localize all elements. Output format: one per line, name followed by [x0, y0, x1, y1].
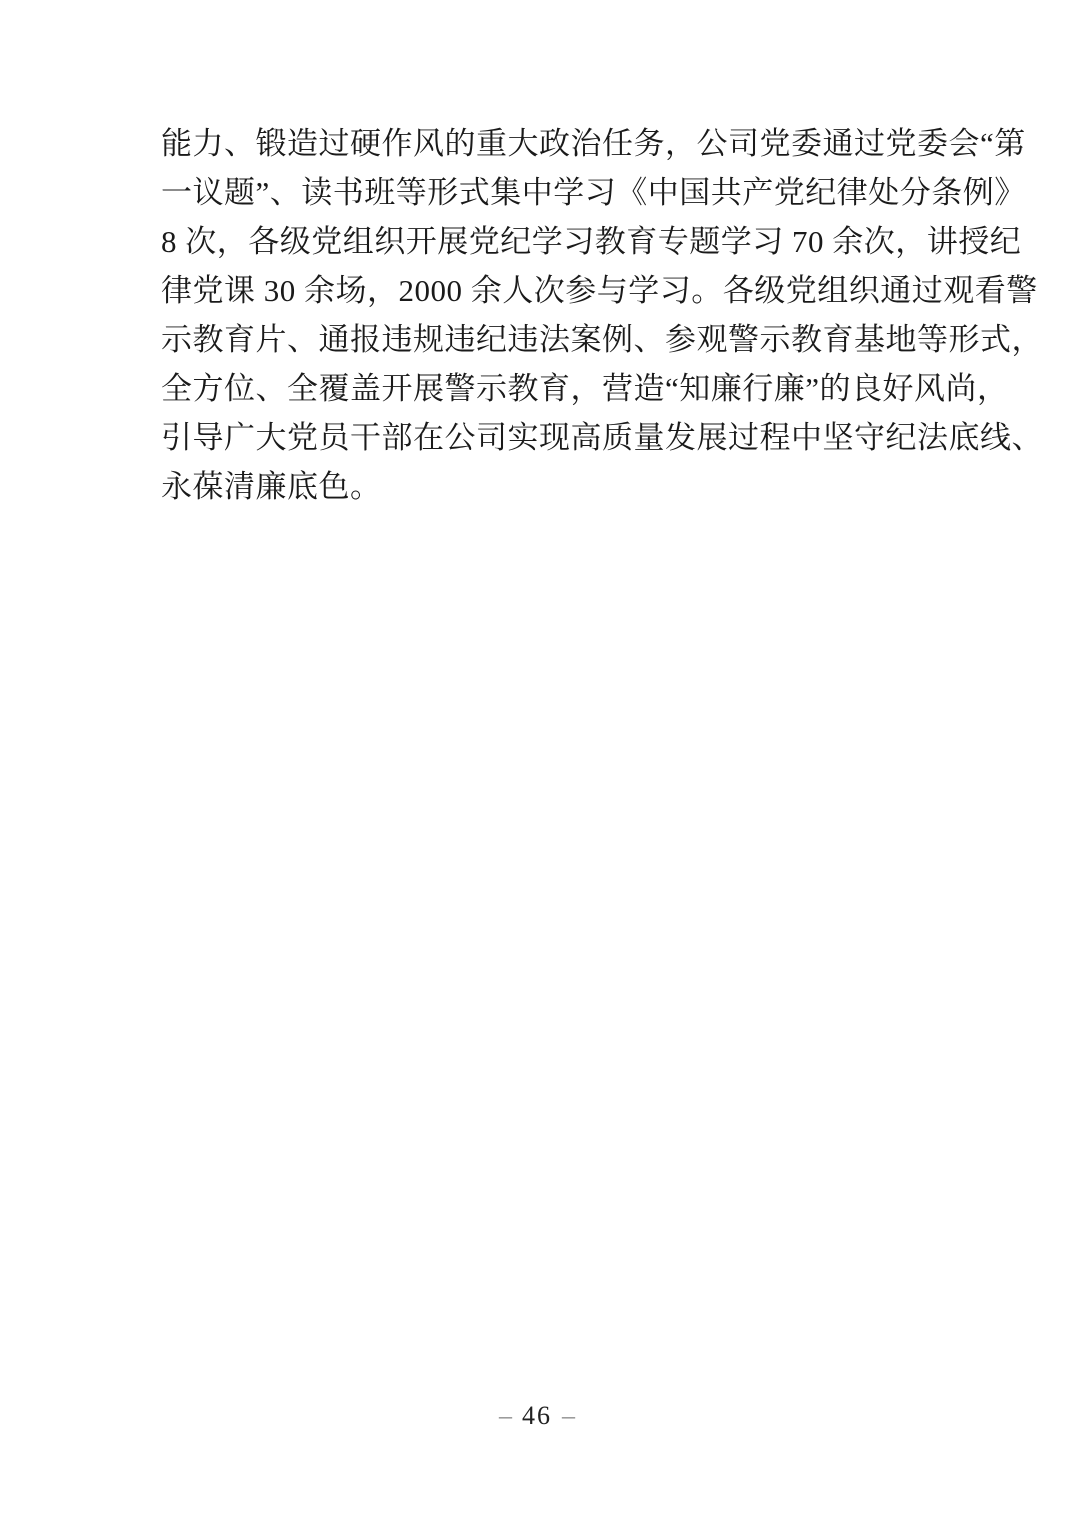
page-footer: –46–: [0, 1401, 1074, 1431]
paragraph-line: 永葆清廉底色。: [161, 462, 913, 511]
paragraph-line: 一议题”、读书班等形式集中学习《中国共产党纪律处分条例》: [161, 168, 913, 217]
paragraph-line: 示教育片、通报违规违纪违法案例、参观警示教育基地等形式，: [161, 315, 913, 364]
document-page: 能力、锻造过硬作风的重大政治任务，公司党委通过党委会“第 一议题”、读书班等形式…: [0, 0, 1074, 1520]
footer-dash-right: –: [552, 1401, 585, 1430]
paragraph-line: 引导广大党员干部在公司实现高质量发展过程中坚守纪法底线、: [161, 413, 913, 462]
page-number: 46: [522, 1401, 552, 1430]
paragraph-line: 8 次，各级党组织开展党纪学习教育专题学习 70 余次，讲授纪: [161, 217, 913, 266]
body-paragraph: 能力、锻造过硬作风的重大政治任务，公司党委通过党委会“第 一议题”、读书班等形式…: [161, 119, 913, 511]
paragraph-line: 能力、锻造过硬作风的重大政治任务，公司党委通过党委会“第: [161, 119, 913, 168]
paragraph-line: 律党课 30 余场，2000 余人次参与学习。各级党组织通过观看警: [161, 266, 913, 315]
footer-dash-left: –: [489, 1401, 522, 1430]
paragraph-line: 全方位、全覆盖开展警示教育，营造“知廉行廉”的良好风尚，: [161, 364, 913, 413]
